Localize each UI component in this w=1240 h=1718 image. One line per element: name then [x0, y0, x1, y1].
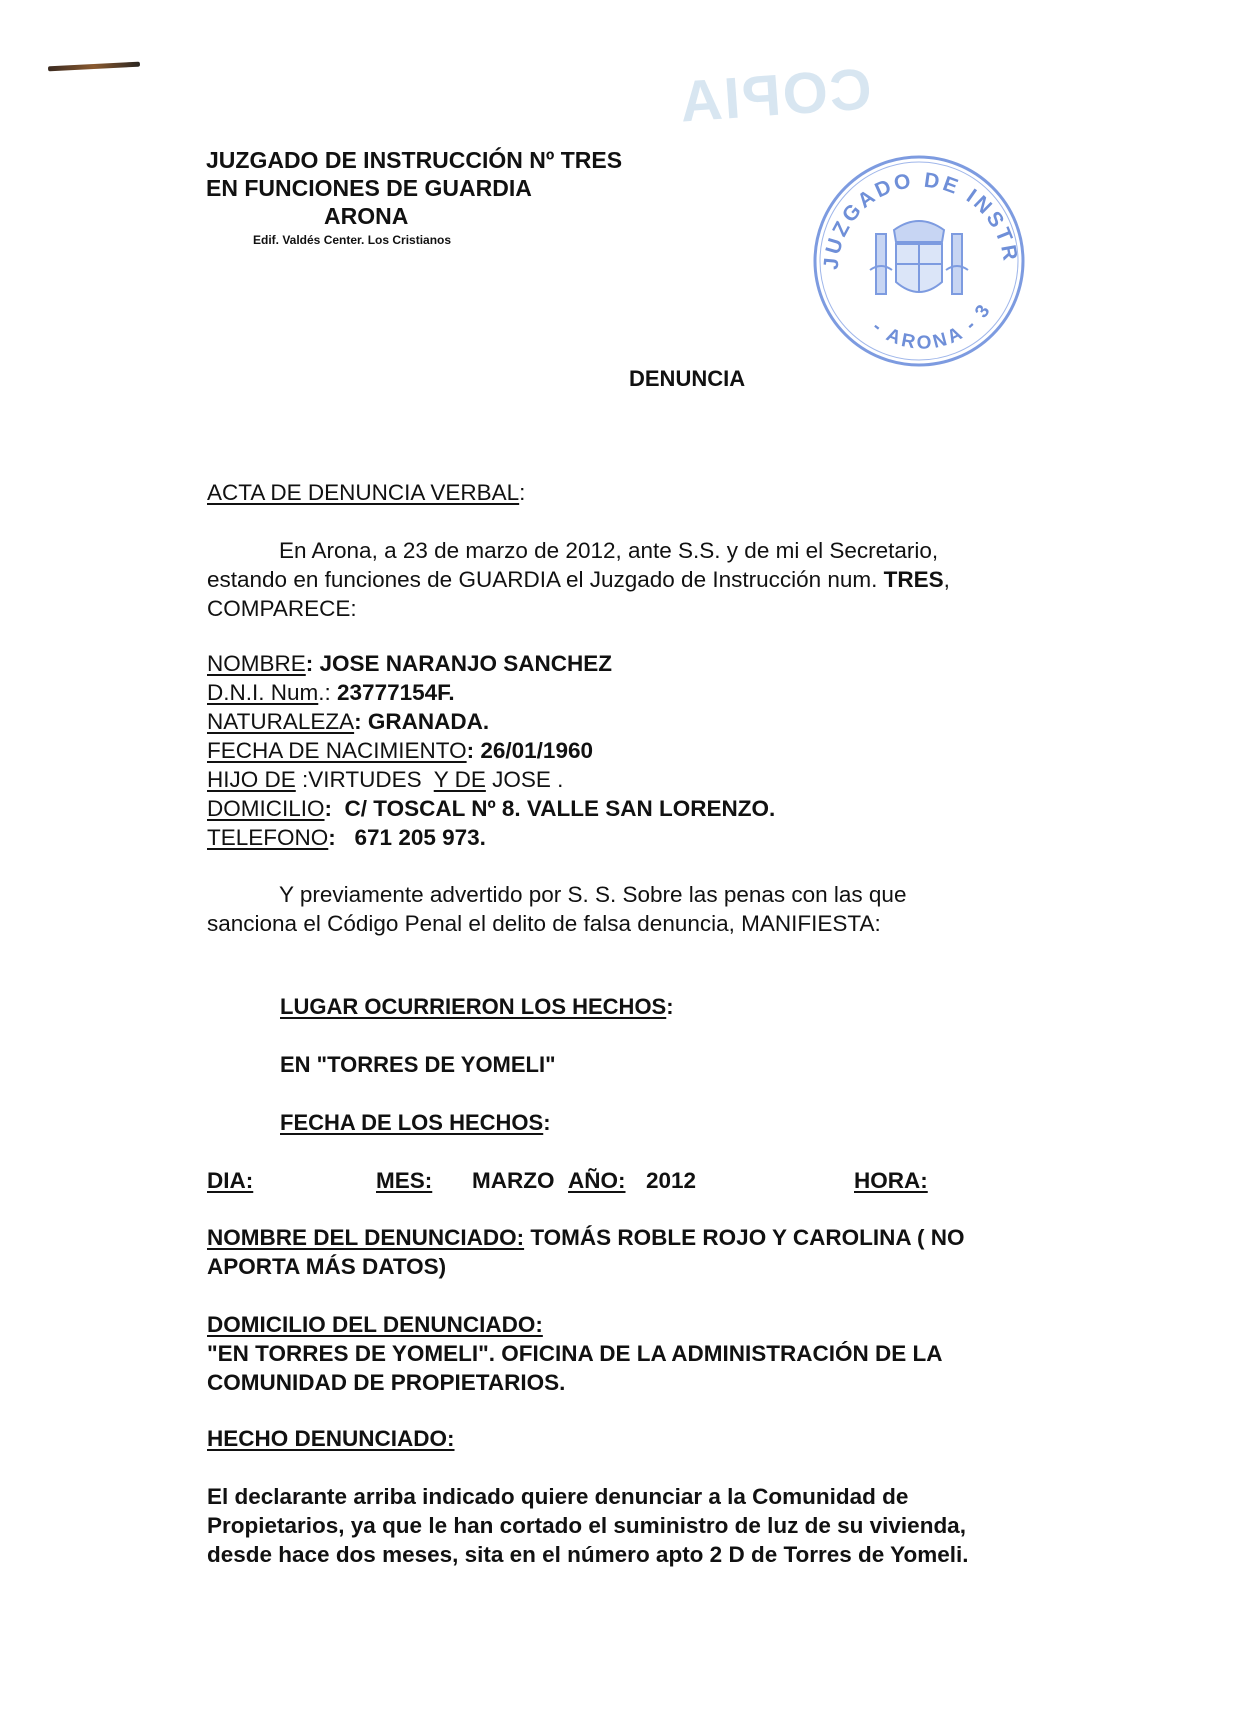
document-title: DENUNCIA [629, 366, 745, 392]
advertencia-line-2: sanciona el Código Penal el delito de fa… [207, 909, 1053, 938]
field-telefono: TELEFONO: 671 205 973. [207, 823, 775, 852]
anio-value: 2012 [646, 1166, 696, 1195]
field-hijo-de: HIJO DE :VIRTUDES Y DE JOSE . [207, 765, 775, 794]
advertencia: Y previamente advertido por S. S. Sobre … [207, 880, 1053, 938]
anio-label: AÑO: [568, 1166, 626, 1195]
field-nombre: NOMBRE: JOSE NARANJO SANCHEZ [207, 649, 775, 678]
copy-stamp: COPIA [676, 55, 874, 135]
pen-mark [48, 62, 140, 72]
acta-heading-text: ACTA DE DENUNCIA VERBAL [207, 480, 519, 505]
lugar-value: EN "TORRES DE YOMELI" [280, 1050, 556, 1079]
mes-label: MES: [376, 1166, 432, 1195]
court-name: JUZGADO DE INSTRUCCIÓN Nº TRES [206, 146, 622, 174]
court-address: Edif. Valdés Center. Los Cristianos [253, 233, 451, 247]
advertencia-line-1: Y previamente advertido por S. S. Sobre … [207, 880, 1053, 909]
acta-intro: En Arona, a 23 de marzo de 2012, ante S.… [207, 536, 1053, 623]
court-seal-icon: JUZGADO DE INSTRUCCIÓN Nº - ARONA - 3 [808, 152, 1030, 370]
denunciado-domicilio-label: DOMICILIO DEL DENUNCIADO: [207, 1312, 543, 1337]
intro-line-3: COMPARECE: [207, 594, 1053, 623]
court-header: JUZGADO DE INSTRUCCIÓN Nº TRES EN FUNCIO… [206, 146, 622, 230]
field-dni: D.N.I. Num.: 23777154F. [207, 678, 775, 707]
court-city: ARONA [206, 202, 622, 230]
intro-line-2: estando en funciones de GUARDIA el Juzga… [207, 565, 1053, 594]
acta-heading: ACTA DE DENUNCIA VERBAL: [207, 478, 525, 507]
hecho-text: El declarante arriba indicado quiere den… [207, 1482, 1053, 1569]
hecho-heading: HECHO DENUNCIADO: [207, 1424, 455, 1453]
mes-value: MARZO [472, 1166, 555, 1195]
compareciente-block: NOMBRE: JOSE NARANJO SANCHEZ D.N.I. Num.… [207, 649, 775, 852]
denunciado-nombre: NOMBRE DEL DENUNCIADO: TOMÁS ROBLE ROJO … [207, 1223, 1053, 1281]
intro-line-1: En Arona, a 23 de marzo de 2012, ante S.… [207, 536, 1053, 565]
field-naturaleza: NATURALEZA: GRANADA. [207, 707, 775, 736]
denunciado-domicilio: DOMICILIO DEL DENUNCIADO: "EN TORRES DE … [207, 1310, 1053, 1397]
denunciado-nombre-label: NOMBRE DEL DENUNCIADO: [207, 1225, 524, 1250]
dia-label: DIA: [207, 1166, 253, 1195]
court-function: EN FUNCIONES DE GUARDIA [206, 174, 622, 202]
hora-label: HORA: [854, 1166, 928, 1195]
field-nacimiento: FECHA DE NACIMIENTO: 26/01/1960 [207, 736, 775, 765]
field-domicilio: DOMICILIO: C/ TOSCAL Nº 8. VALLE SAN LOR… [207, 794, 775, 823]
fecha-heading: FECHA DE LOS HECHOS: [280, 1108, 551, 1137]
lugar-heading: LUGAR OCURRIERON LOS HECHOS: [280, 992, 674, 1021]
